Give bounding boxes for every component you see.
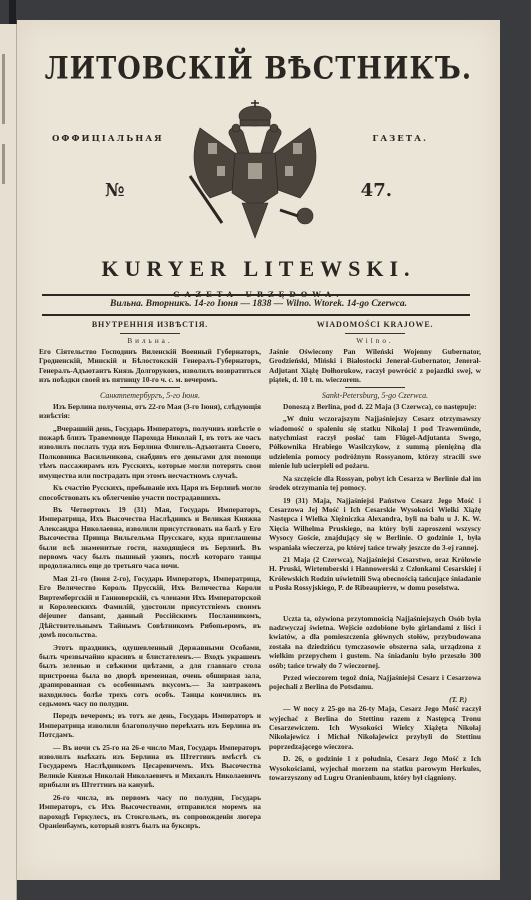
place-heading: Вильна.	[39, 337, 261, 346]
article-paragraph: Изъ Берлина получены, отъ 22-го Мая (3-г…	[39, 402, 261, 421]
short-rule	[345, 387, 405, 388]
article-paragraph: 26-го числа, въ первомъ часу по полудни,…	[39, 793, 261, 831]
short-rule	[120, 387, 180, 388]
article-paragraph: Na szczęście dla Rossyan, pobyt ich Cesa…	[269, 474, 481, 493]
article-paragraph: Передъ вечеромъ; въ тотъ же день, Госуда…	[39, 711, 261, 739]
adjacent-page-edge	[0, 24, 17, 900]
section-title-pl: WIADOMOŚCI KRAJOWE.	[269, 320, 481, 329]
dateline: Вильна. Вторникъ. 14-го Іюня — 1838 — Wi…	[17, 299, 500, 309]
article-paragraph: — Въ ночи съ 25-го на 26-е число Мая, Го…	[39, 743, 261, 790]
article-paragraph: Przed wieczorem tegoż dnia, Najjaśniejsi…	[269, 673, 481, 692]
signature: (T. P.)	[269, 695, 481, 704]
russian-column: ВНУТРЕННІЯ ИЗВѢСТІЯ. Вильна. Его Сіятель…	[39, 320, 261, 833]
bottom-rule	[42, 314, 470, 316]
place-heading: Wilno.	[269, 337, 481, 346]
newspaper-page: ЛИТОВСКІЙ ВѢСТНИКЪ. ОФФИЦІАЛЬНАЯ ГАЗЕТА.…	[17, 20, 500, 880]
gazette-label: ГАЗЕТА.	[372, 134, 428, 144]
section-title-ru: ВНУТРЕННІЯ ИЗВѢСТІЯ.	[39, 320, 261, 329]
masthead-russian-title: ЛИТОВСКІЙ ВѢСТНИКЪ.	[17, 51, 500, 87]
article-paragraph: D. 26, o godzinie 1 z południa, Cesarz J…	[269, 754, 481, 782]
official-label: ОФФИЦІАЛЬНАЯ	[52, 134, 164, 144]
article-paragraph: — W nocy z 25-go na 26-ty Maja, Cesarz J…	[269, 704, 481, 751]
issue-number-value: 47.	[361, 180, 392, 201]
article-paragraph: 21 Maja (2 Czerwca), Najjaśniejsi Cesars…	[269, 555, 481, 593]
double-headed-eagle-icon	[180, 98, 330, 253]
article-paragraph: Къ счастію Русскихъ, пребываніе ихъ Царя…	[39, 483, 261, 502]
article-paragraph: „Вчерашній день, Государь Императоръ, по…	[39, 424, 261, 480]
short-rule	[345, 333, 405, 334]
book-binding	[9, 0, 16, 24]
masthead-polish-title: KURYER LITEWSKI.	[17, 256, 500, 282]
article-paragraph: Въ Четвертокъ 19 (31) Мая, Государь Импе…	[39, 505, 261, 571]
top-rule	[42, 294, 470, 296]
article-paragraph: Этотъ праздникъ, одушевленный Державными…	[39, 643, 261, 709]
place-heading: Sankt-Petersburg, 5-go Czerwca.	[269, 391, 481, 400]
article-paragraph: Jaśnie Oświecony Pan Wileński Wojenny Gu…	[269, 347, 481, 385]
article-paragraph: „W dniu wczorajszym Najjaśniejszy Cesarz…	[269, 414, 481, 470]
polish-column: WIADOMOŚCI KRAJOWE. Wilno. Jaśnie Oświec…	[269, 320, 481, 785]
article-paragraph: Его Сіятельство Господинъ Виленскій Воен…	[39, 347, 261, 385]
article-paragraph: Donoszą z Berlina, pod d. 22 Maja (3 Cze…	[269, 402, 481, 411]
place-heading: Санктпетербургъ, 5-го Іюня.	[39, 391, 261, 400]
article-paragraph: Мая 21-го (Іюня 2-го), Государь Императо…	[39, 574, 261, 640]
short-rule	[120, 333, 180, 334]
article-paragraph: 19 (31) Maja, Najjaśniejsi Państwo Cesar…	[269, 496, 481, 552]
article-paragraph: Uczta ta, ożywiona przytomnością Najjaśn…	[269, 614, 481, 670]
issue-number-label: №	[105, 180, 125, 201]
